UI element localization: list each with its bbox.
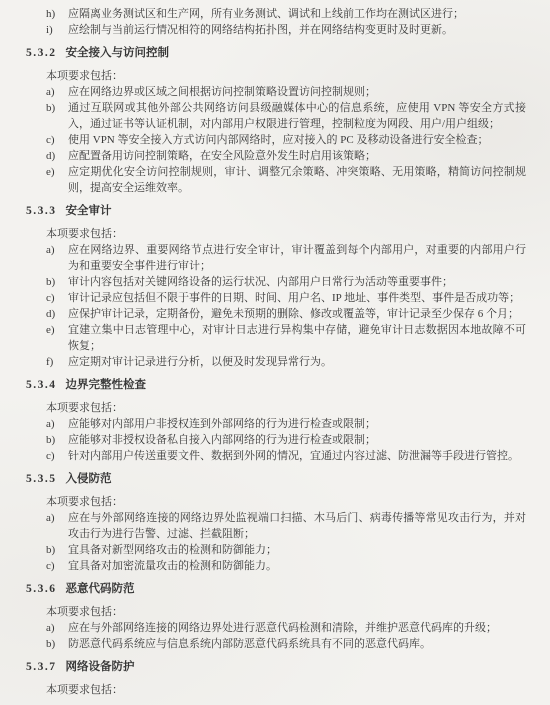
section-heading: 5.3.4边界完整性检查 xyxy=(26,377,526,393)
list-item-text: 应定期对审计记录进行分析，以便及时发现异常行为。 xyxy=(68,354,526,370)
list-item-label: a) xyxy=(46,84,68,100)
section-heading: 5.3.6恶意代码防范 xyxy=(26,581,526,597)
section-items: a)应在网络边界或区域之间根据访问控制策略设置访问控制规则；b)通过互联网或其他… xyxy=(46,84,526,196)
list-item: f)应定期对审计记录进行分析，以便及时发现异常行为。 xyxy=(46,354,526,370)
list-item: e)宜建立集中日志管理中心，对审计日志进行异构集中存储，避免审计日志数据因本地故… xyxy=(46,322,526,354)
list-item-label: b) xyxy=(46,432,68,448)
carryover-list: h)应隔离业务测试区和生产网，所有业务测试、调试和上线前工作均在测试区进行；i)… xyxy=(46,6,526,38)
list-item-text: 宜建立集中日志管理中心，对审计日志进行异构集中存储，避免审计日志数据因本地故障不… xyxy=(68,322,526,354)
list-item-label: c) xyxy=(46,132,68,148)
section: 5.3.7网络设备防护本项要求包括： xyxy=(0,659,550,698)
section-number: 5.3.5 xyxy=(26,473,57,485)
section-items: a)应在网络边界、重要网络节点进行安全审计，审计覆盖到每个内部用户，对重要的内部… xyxy=(46,242,526,370)
list-item: c)使用 VPN 等安全接入方式访问内部网络时，应对接入的 PC 及移动设备进行… xyxy=(46,132,526,148)
list-item-text: 应定期优化安全访问控制规则，审计、调整冗余策略、冲突策略、无用策略，精简访问控制… xyxy=(68,164,526,196)
section-number: 5.3.2 xyxy=(26,47,57,59)
list-item: c)宜具备对加密流量攻击的检测和防御能力。 xyxy=(46,558,526,574)
list-item: c)审计记录应包括但不限于事件的日期、时间、用户名、IP 地址、事件类型、事件是… xyxy=(46,290,526,306)
list-item-label: b) xyxy=(46,100,68,132)
section-heading: 5.3.5入侵防范 xyxy=(26,471,526,487)
document-page: h)应隔离业务测试区和生产网，所有业务测试、调试和上线前工作均在测试区进行；i)… xyxy=(0,0,550,705)
section-heading: 5.3.7网络设备防护 xyxy=(26,659,526,675)
list-item: e)应定期优化安全访问控制规则，审计、调整冗余策略、冲突策略、无用策略，精简访问… xyxy=(46,164,526,196)
section-heading: 5.3.3安全审计 xyxy=(26,203,526,219)
list-item-text: 应能够对内部用户非授权连到外部网络的行为进行检查或限制； xyxy=(68,416,526,432)
section: 5.3.2安全接入与访问控制本项要求包括：a)应在网络边界或区域之间根据访问控制… xyxy=(0,45,550,196)
list-item-label: e) xyxy=(46,322,68,354)
section-intro: 本项要求包括： xyxy=(46,68,526,84)
section: 5.3.5入侵防范本项要求包括：a)应在与外部网络连接的网络边界处监视端口扫描、… xyxy=(0,471,550,574)
list-item-text: 通过互联网或其他外部公共网络访问县级融媒体中心的信息系统，应使用 VPN 等安全… xyxy=(68,100,526,132)
list-item: a)应能够对内部用户非授权连到外部网络的行为进行检查或限制； xyxy=(46,416,526,432)
list-item-text: 审计记录应包括但不限于事件的日期、时间、用户名、IP 地址、事件类型、事件是否成… xyxy=(68,290,526,306)
list-item-text: 宜具备对加密流量攻击的检测和防御能力。 xyxy=(68,558,526,574)
list-item: b)审计内容包括对关键网络设备的运行状况、内部用户日常行为活动等重要事件； xyxy=(46,274,526,290)
section-title: 安全接入与访问控制 xyxy=(66,47,170,59)
section: 5.3.3安全审计本项要求包括：a)应在网络边界、重要网络节点进行安全审计，审计… xyxy=(0,203,550,370)
section-title: 网络设备防护 xyxy=(66,661,135,673)
section-intro: 本项要求包括： xyxy=(46,494,526,510)
section-title: 入侵防范 xyxy=(66,473,112,485)
list-item-text: 使用 VPN 等安全接入方式访问内部网络时，应对接入的 PC 及移动设备进行安全… xyxy=(68,132,526,148)
list-item: d)应保护审计记录，定期备份，避免未预期的删除、修改或覆盖等，审计记录至少保存 … xyxy=(46,306,526,322)
list-item-text: 应在网络边界、重要网络节点进行安全审计，审计覆盖到每个内部用户，对重要的内部用户… xyxy=(68,242,526,274)
list-item-label: f) xyxy=(46,354,68,370)
section-intro: 本项要求包括： xyxy=(46,604,526,620)
list-item-label: e) xyxy=(46,164,68,196)
list-item-label: a) xyxy=(46,620,68,636)
section-number: 5.3.6 xyxy=(26,583,57,595)
list-item-text: 宜具备对新型网络攻击的检测和防御能力； xyxy=(68,542,526,558)
list-item-label: b) xyxy=(46,542,68,558)
list-item-text: 针对内部用户传送重要文件、数据到外网的情况，宜通过内容过滤、防泄漏等手段进行管控… xyxy=(68,448,526,464)
section-intro: 本项要求包括： xyxy=(46,226,526,242)
section-title: 恶意代码防范 xyxy=(66,583,135,595)
section-number: 5.3.4 xyxy=(26,379,57,391)
list-item-label: d) xyxy=(46,148,68,164)
list-item: b)应能够对非授权设备私自接入内部网络的行为进行检查或限制； xyxy=(46,432,526,448)
list-item-label: a) xyxy=(46,242,68,274)
list-item-text: 应在与外部网络连接的网络边界处进行恶意代码检测和清除，并维护恶意代码库的升级； xyxy=(68,620,526,636)
section-intro: 本项要求包括： xyxy=(46,682,526,698)
section: 5.3.6恶意代码防范本项要求包括：a)应在与外部网络连接的网络边界处进行恶意代… xyxy=(0,581,550,652)
list-item-label: c) xyxy=(46,290,68,306)
section-title: 安全审计 xyxy=(66,205,112,217)
list-item-text: 应绘制与当前运行情况相符的网络结构拓扑图，并在网络结构变更时及时更新。 xyxy=(68,22,526,38)
section-number: 5.3.7 xyxy=(26,661,57,673)
list-item-text: 应配置备用访问控制策略，在安全风险意外发生时启用该策略； xyxy=(68,148,526,164)
list-item-label: c) xyxy=(46,448,68,464)
list-item: a)应在网络边界、重要网络节点进行安全审计，审计覆盖到每个内部用户，对重要的内部… xyxy=(46,242,526,274)
list-item-text: 应在网络边界或区域之间根据访问控制策略设置访问控制规则； xyxy=(68,84,526,100)
section-number: 5.3.3 xyxy=(26,205,57,217)
list-item-label: d) xyxy=(46,306,68,322)
list-item: b)宜具备对新型网络攻击的检测和防御能力； xyxy=(46,542,526,558)
list-item: d)应配置备用访问控制策略，在安全风险意外发生时启用该策略； xyxy=(46,148,526,164)
list-item: c)针对内部用户传送重要文件、数据到外网的情况，宜通过内容过滤、防泄漏等手段进行… xyxy=(46,448,526,464)
section-items: a)应在与外部网络连接的网络边界处进行恶意代码检测和清除，并维护恶意代码库的升级… xyxy=(46,620,526,652)
section-items: a)应能够对内部用户非授权连到外部网络的行为进行检查或限制；b)应能够对非授权设… xyxy=(46,416,526,464)
section: 5.3.4边界完整性检查本项要求包括：a)应能够对内部用户非授权连到外部网络的行… xyxy=(0,377,550,464)
section-title: 边界完整性检查 xyxy=(66,379,147,391)
list-item-label: a) xyxy=(46,416,68,432)
list-item-label: b) xyxy=(46,636,68,652)
section-intro: 本项要求包括： xyxy=(46,400,526,416)
list-item-label: a) xyxy=(46,510,68,542)
list-item-label: i) xyxy=(46,22,68,38)
list-item-text: 审计内容包括对关键网络设备的运行状况、内部用户日常行为活动等重要事件； xyxy=(68,274,526,290)
list-item-text: 应在与外部网络连接的网络边界处监视端口扫描、木马后门、病毒传播等常见攻击行为，并… xyxy=(68,510,526,542)
list-item: b)通过互联网或其他外部公共网络访问县级融媒体中心的信息系统，应使用 VPN 等… xyxy=(46,100,526,132)
list-item: a)应在与外部网络连接的网络边界处监视端口扫描、木马后门、病毒传播等常见攻击行为… xyxy=(46,510,526,542)
section-heading: 5.3.2安全接入与访问控制 xyxy=(26,45,526,61)
sections-container: 5.3.2安全接入与访问控制本项要求包括：a)应在网络边界或区域之间根据访问控制… xyxy=(0,45,550,698)
list-item: h)应隔离业务测试区和生产网，所有业务测试、调试和上线前工作均在测试区进行； xyxy=(46,6,526,22)
list-item-label: b) xyxy=(46,274,68,290)
list-item-text: 应能够对非授权设备私自接入内部网络的行为进行检查或限制； xyxy=(68,432,526,448)
list-item: a)应在网络边界或区域之间根据访问控制策略设置访问控制规则； xyxy=(46,84,526,100)
list-item-label: h) xyxy=(46,6,68,22)
list-item-label: c) xyxy=(46,558,68,574)
list-item-text: 防恶意代码系统应与信息系统内部防恶意代码系统具有不同的恶意代码库。 xyxy=(68,636,526,652)
list-item: b)防恶意代码系统应与信息系统内部防恶意代码系统具有不同的恶意代码库。 xyxy=(46,636,526,652)
section-items: a)应在与外部网络连接的网络边界处监视端口扫描、木马后门、病毒传播等常见攻击行为… xyxy=(46,510,526,574)
list-item: i)应绘制与当前运行情况相符的网络结构拓扑图，并在网络结构变更时及时更新。 xyxy=(46,22,526,38)
list-item-text: 应隔离业务测试区和生产网，所有业务测试、调试和上线前工作均在测试区进行； xyxy=(68,6,526,22)
list-item: a)应在与外部网络连接的网络边界处进行恶意代码检测和清除，并维护恶意代码库的升级… xyxy=(46,620,526,636)
list-item-text: 应保护审计记录，定期备份，避免未预期的删除、修改或覆盖等，审计记录至少保存 6 … xyxy=(68,306,526,322)
